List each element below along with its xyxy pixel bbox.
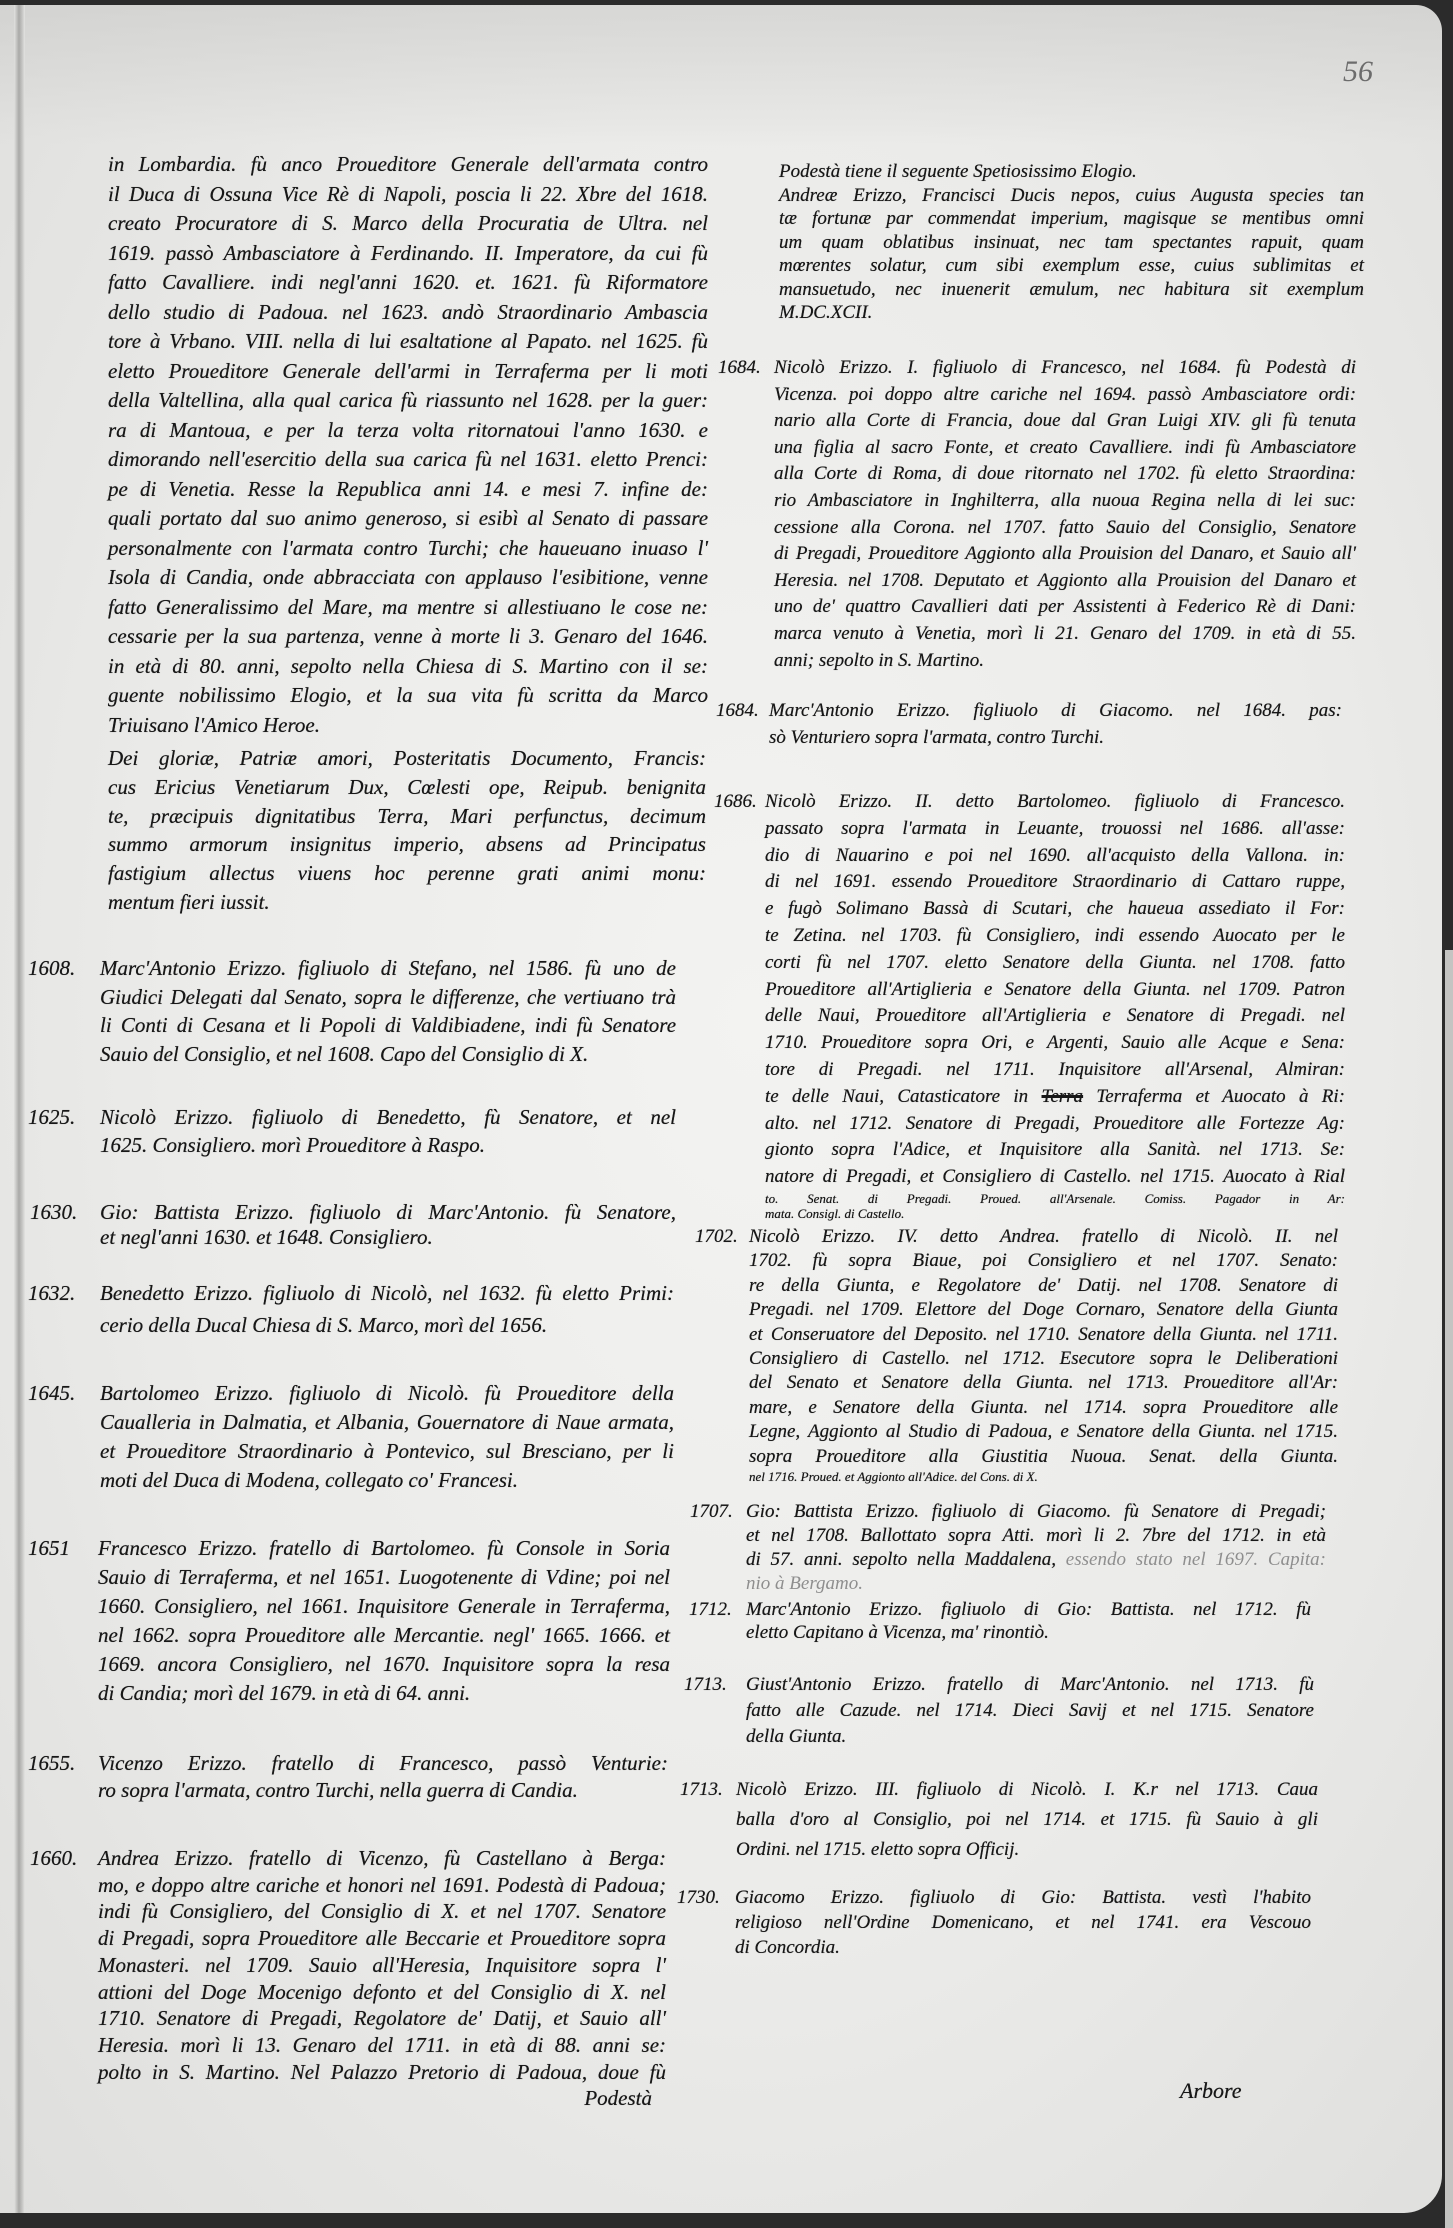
text-line: te, præcipuis dignitatibus Terra, Mari p… [108, 802, 706, 831]
text-line: ro sopra l'armata, contro Turchi, nella … [98, 1777, 668, 1804]
entry-year: 1713. [680, 1775, 723, 1805]
binding-gutter [14, 5, 25, 2213]
text-line: M.DC.XCII. [779, 301, 1364, 325]
text-line: cessarie per la sua partenza, venne à mo… [108, 622, 708, 652]
entry-text: Marc'Antonio Erizzo. figliuolo di Giacom… [769, 697, 1342, 751]
text-line: Nicolò Erizzo. figliuolo di Benedetto, f… [100, 1103, 676, 1131]
text-line: Proueditore all'Artiglieria e Senatore d… [765, 977, 1345, 1004]
text-line: et Conseruatore del Deposito. nel 1710. … [749, 1323, 1338, 1347]
text-line: e fugò Solimano Bassà di Scutari, che ha… [765, 896, 1345, 923]
text-line: et Proueditore Straordinario à Pontevico… [100, 1437, 674, 1466]
entry-text: Francesco Erizzo. fratello di Bartolomeo… [98, 1534, 670, 1708]
text-line: cus Ericius Venetiarum Dux, Cœlesti ope,… [108, 773, 706, 802]
text-segment: te delle Naui, Catasticatore in [765, 1086, 1042, 1107]
text-line: Nicolò Erizzo. II. detto Bartolomeo. fig… [765, 789, 1345, 816]
text-line: Nicolò Erizzo. III. figliuolo di Nicolò.… [736, 1775, 1318, 1805]
faint-ink-text: essendo stato nel 1697. Capita: [1066, 1549, 1326, 1570]
text-line: marca venuto à Venetia, morì li 21. Gena… [774, 621, 1356, 648]
text-line: di Candia; morì del 1679. in età di 64. … [98, 1679, 670, 1708]
epitaph-text: Dei gloriæ, Patriæ amori, Posteritatis D… [108, 744, 706, 917]
entry-text: Benedetto Erizzo. figliuolo di Nicolò, n… [100, 1277, 674, 1341]
text-line: moti del Duca di Modena, collegato co' F… [100, 1466, 674, 1495]
text-line: nio à Bergamo. [746, 1572, 1326, 1596]
text-line: in età di 80. anni, sepolto nella Chiesa… [108, 652, 708, 682]
catchword: Arbore [1180, 2078, 1242, 2104]
text-line: to. Senat. di Pregadi. Proued. all'Arsen… [765, 1191, 1345, 1206]
text-line: rio Ambasciatore in Inghilterra, alla nu… [774, 488, 1356, 515]
text-line: dello studio di Padoua. nel 1623. andò S… [108, 298, 708, 328]
text-line: ra di Mantoua, e per la terza volta rito… [108, 416, 708, 446]
entry-text: Gio: Battista Erizzo. figliuolo di Marc'… [100, 1200, 676, 1250]
text-line: Caualleria in Dalmatia, et Albania, Goue… [100, 1408, 674, 1437]
entry-text: Nicolò Erizzo. figliuolo di Benedetto, f… [100, 1103, 676, 1159]
text-line: tore à Vrbano. VIII. nella di lui esalta… [108, 327, 708, 357]
text-line: Benedetto Erizzo. figliuolo di Nicolò, n… [100, 1277, 674, 1309]
text-line: 1660. Consigliero, nel 1661. Inquisitore… [98, 1592, 670, 1621]
text-line: Nicolò Erizzo. I. figliuolo di Francesco… [774, 355, 1356, 382]
text-line: Marc'Antonio Erizzo. figliuolo di Gio: B… [746, 1598, 1311, 1621]
entry-year: 1713. [684, 1672, 727, 1698]
text-line: eletto Proueditore Generale dell'armi in… [108, 357, 708, 387]
text-line: Sauio del Consiglio, et nel 1608. Capo d… [100, 1040, 676, 1069]
manuscript-page: 56 in Lombardia. fù anco Proueditore Gen… [0, 5, 1442, 2213]
folio-number: 56 [1343, 55, 1373, 89]
text-line: 1619. passò Ambasciatore à Ferdinando. I… [108, 239, 708, 269]
text-line: religioso nell'Ordine Domenicano, et nel… [735, 1910, 1311, 1935]
text-segment: mata. Consigl. di Castello. [765, 1206, 904, 1221]
text-line: indi fù Consigliero, del Consiglio di X.… [98, 1898, 666, 1925]
text-line: corti fù nel 1707. eletto Senatore della… [765, 950, 1345, 977]
text-line: guente nobilissimo Elogio, et la sua vit… [108, 681, 708, 711]
text-line: li Conti di Cesana et li Popoli di Valdi… [100, 1011, 676, 1040]
text-line: nel 1716. Proued. et Aggionto all'Adice.… [749, 1469, 1338, 1484]
entry-year: 1730. [677, 1885, 720, 1910]
entry-text: Bartolomeo Erizzo. figliuolo di Nicolò. … [100, 1379, 674, 1495]
text-line: nario alla Corte di Francia, doue dal Gr… [774, 408, 1356, 435]
entry-year: 1684. [716, 697, 759, 724]
text-line: Podestà [98, 2085, 666, 2112]
entry-text: Andrea Erizzo. fratello di Vicenzo, fù C… [98, 1845, 666, 2112]
text-line: balla d'oro al Consiglio, poi nel 1714. … [736, 1805, 1318, 1835]
entry-year: 1630. [30, 1200, 77, 1225]
entry-year: 1686. [714, 789, 757, 816]
text-line: Nicolò Erizzo. IV. detto Andrea. fratell… [749, 1225, 1338, 1249]
text-line: attioni del Doge Mocenigo defonto et del… [98, 1979, 666, 2006]
entry-text: Marc'Antonio Erizzo. figliuolo di Stefan… [100, 954, 676, 1068]
text-line: delle Naui, Proueditore all'Artiglieria … [765, 1003, 1345, 1030]
text-line: 1669. ancora Consigliero, nel 1670. Inqu… [98, 1650, 670, 1679]
text-line: fatto Generalissimo del Mare, ma mentre … [108, 593, 708, 623]
text-line: re della Giunta, e Regolatore de' Datij.… [749, 1274, 1338, 1298]
faint-ink-text: nio à Bergamo. [746, 1573, 863, 1594]
text-line: personalmente con l'armata contro Turchi… [108, 534, 708, 564]
text-line: Sauio di Terraferma, et nel 1651. Luogot… [98, 1563, 670, 1592]
text-line: mo, e doppo altre cariche et honori nel … [98, 1872, 666, 1899]
text-line: mare, e Senatore della Giunta. nel 1714.… [749, 1396, 1338, 1420]
text-line: te delle Naui, Catasticatore in Terra Te… [765, 1084, 1345, 1111]
text-line: mentum fieri iussit. [108, 888, 706, 917]
biography-text: in Lombardia. fù anco Proueditore Genera… [108, 150, 708, 740]
entry-text: Giust'Antonio Erizzo. fratello di Marc'A… [746, 1672, 1314, 1750]
text-line: dimorando nell'esercitio della sua caric… [108, 445, 708, 475]
text-line: Legne, Aggionto al Studio di Padoua, e S… [749, 1420, 1338, 1444]
text-line: Francesco Erizzo. fratello di Bartolomeo… [98, 1534, 670, 1563]
background-edge [1445, 950, 1453, 2228]
text-line: natore di Pregadi, et Consigliero di Cas… [765, 1164, 1345, 1191]
text-line: mœrentes solatur, cum sibi exemplum esse… [779, 254, 1364, 278]
entry-year: 1632. [28, 1277, 75, 1309]
text-line: et nel 1708. Ballottato sopra Atti. morì… [746, 1524, 1326, 1548]
entry-year: 1660. [30, 1845, 77, 1872]
text-line: 1702. fù sopra Biaue, poi Consigliero et… [749, 1249, 1338, 1273]
text-segment: di 57. anni. sepolto nella Maddalena, [746, 1549, 1066, 1570]
text-line: una figlia al sacro Fonte, et creato Cav… [774, 435, 1356, 462]
text-line: di Pregadi, Proueditore Aggionto alla Pr… [774, 541, 1356, 568]
text-segment: to. Senat. di Pregadi. Proued. all'Arsen… [765, 1191, 1345, 1206]
text-line: summo armorum insignitus imperio, absens… [108, 830, 706, 859]
text-line: anni; sepolto in S. Martino. [774, 648, 1356, 675]
text-line: pe di Venetia. Resse la Republica anni 1… [108, 475, 708, 505]
text-line: quali portato dal suo animo generoso, si… [108, 504, 708, 534]
text-line: Pregadi. nel 1709. Elettore del Doge Cor… [749, 1298, 1338, 1322]
entry-year: 1707. [690, 1500, 733, 1524]
text-line: Ordini. nel 1715. eletto sopra Officij. [736, 1835, 1318, 1865]
text-line: 1625. Consigliero. morì Proueditore à Ra… [100, 1131, 676, 1159]
text-line: di Pregadi, sopra Proueditore alle Becca… [98, 1925, 666, 1952]
text-line: cerio della Ducal Chiesa di S. Marco, mo… [100, 1309, 674, 1341]
text-line: mata. Consigl. di Castello. [765, 1206, 1345, 1221]
text-line: Bartolomeo Erizzo. figliuolo di Nicolò. … [100, 1379, 674, 1408]
text-line: del Senato et Senatore della Giunta. nel… [749, 1371, 1338, 1395]
text-line: 1710. Proueditore sopra Ori, e Argenti, … [765, 1030, 1345, 1057]
text-line: Consigliero di Castello. nel 1712. Esecu… [749, 1347, 1338, 1371]
text-line: Heresia. nel 1708. Deputato et Aggionto … [774, 568, 1356, 595]
entry-text: Marc'Antonio Erizzo. figliuolo di Gio: B… [746, 1598, 1311, 1644]
text-line: di Concordia. [735, 1935, 1311, 1960]
text-line: Isola di Candia, onde abbracciata con ap… [108, 563, 708, 593]
entry-text: Nicolò Erizzo. IV. detto Andrea. fratell… [749, 1225, 1338, 1484]
text-line: um quam oblatibus insinuat, nec tam spec… [779, 231, 1364, 255]
text-line: Monasteri. nel 1709. Sauio all'Heresia, … [98, 1952, 666, 1979]
text-line: mansuetudo, nec inuenerit æmulum, nec ha… [779, 278, 1364, 302]
text-line: Marc'Antonio Erizzo. figliuolo di Stefan… [100, 954, 676, 983]
entry-text: Nicolò Erizzo. I. figliuolo di Francesco… [774, 355, 1356, 674]
text-line: eletto Capitano à Vicenza, ma' rinontiò. [746, 1621, 1311, 1644]
entry-year: 1655. [28, 1750, 75, 1777]
entry-year: 1712. [689, 1598, 732, 1621]
text-line: Dei gloriæ, Patriæ amori, Posteritatis D… [108, 744, 706, 773]
text-line: Vicenza. poi doppo altre cariche nel 169… [774, 382, 1356, 409]
text-line: Andrea Erizzo. fratello di Vicenzo, fù C… [98, 1845, 666, 1872]
entry-year: 1702. [695, 1225, 738, 1249]
text-line: tæ fortunæ par commendat imperium, magis… [779, 207, 1364, 231]
text-line: di nel 1691. essendo Proueditore Straord… [765, 869, 1345, 896]
text-segment: Terraferma et Auocato à Ri: [1083, 1086, 1345, 1107]
text-line: Marc'Antonio Erizzo. figliuolo di Giacom… [769, 697, 1342, 724]
entry-year: 1608. [28, 954, 75, 983]
entry-text: Nicolò Erizzo. II. detto Bartolomeo. fig… [765, 789, 1345, 1221]
text-line: creato Procuratore di S. Marco della Pro… [108, 209, 708, 239]
text-line: et negl'anni 1630. et 1648. Consigliero. [100, 1225, 676, 1250]
text-line: fatto alle Cazude. nel 1714. Dieci Savij… [746, 1698, 1314, 1724]
entry-year: 1625. [28, 1103, 75, 1131]
struck-text: Terra [1042, 1086, 1084, 1107]
text-line: dio di Nauarino e poi nel 1690. all'acqu… [765, 843, 1345, 870]
entry-year: 1651 [28, 1534, 70, 1563]
text-line: della Giunta. [746, 1724, 1314, 1750]
text-line: alto. nel 1712. Senatore di Pregadi, Pro… [765, 1111, 1345, 1138]
text-line: Giust'Antonio Erizzo. fratello di Marc'A… [746, 1672, 1314, 1698]
elogio-text: Andreæ Erizzo, Francisci Ducis nepos, cu… [779, 184, 1364, 325]
text-line: Heresia. morì li 13. Genaro del 1711. in… [98, 2032, 666, 2059]
entry-year: 1684. [718, 355, 761, 382]
text-line: Andreæ Erizzo, Francisci Ducis nepos, cu… [779, 184, 1364, 208]
text-line: Podestà tiene il seguente Spetiosissimo … [779, 160, 1364, 184]
text-line: fatto Cavalliere. indi negl'anni 1620. e… [108, 268, 708, 298]
entry-text: Giacomo Erizzo. figliuolo di Gio: Battis… [735, 1885, 1311, 1960]
entry-text: Vicenzo Erizzo. fratello di Francesco, p… [98, 1750, 668, 1804]
text-line: cessione alla Corona. nel 1707. fatto Sa… [774, 515, 1356, 542]
text-line: sopra Proueditore alla Giustitia Nuoua. … [749, 1445, 1338, 1469]
text-line: Gio: Battista Erizzo. figliuolo di Giaco… [746, 1500, 1326, 1524]
text-line: polto in S. Martino. Nel Palazzo Pretori… [98, 2059, 666, 2086]
text-line: Giudici Delegati dal Senato, sopra le di… [100, 983, 676, 1012]
text-line: te Zetina. nel 1703. fù Consigliero, ind… [765, 923, 1345, 950]
text-line: della Valtellina, alla qual carica fù ri… [108, 386, 708, 416]
elogio-intro-text: Podestà tiene il seguente Spetiosissimo … [779, 160, 1364, 184]
entry-year: 1645. [28, 1379, 75, 1408]
text-line: Vicenzo Erizzo. fratello di Francesco, p… [98, 1750, 668, 1777]
text-line: di 57. anni. sepolto nella Maddalena, es… [746, 1548, 1326, 1572]
text-line: 1710. Senatore di Pregadi, Regolatore de… [98, 2005, 666, 2032]
text-line: uno de' quattro Cavallieri dati per Assi… [774, 594, 1356, 621]
text-line: alla Corte di Roma, di doue ritornato ne… [774, 461, 1356, 488]
entry-text: Nicolò Erizzo. III. figliuolo di Nicolò.… [736, 1775, 1318, 1865]
text-line: passato sopra l'armata in Leuante, trouo… [765, 816, 1345, 843]
text-segment: nel 1716. Proued. et Aggionto all'Adice.… [749, 1469, 1038, 1484]
text-line: Triuisano l'Amico Heroe. [108, 711, 708, 741]
text-line: tore di Pregadi. nel 1711. Inquisitore a… [765, 1057, 1345, 1084]
text-line: fastigium allectus viuens hoc perenne gr… [108, 859, 706, 888]
text-line: in Lombardia. fù anco Proueditore Genera… [108, 150, 708, 180]
text-line: gionto sopra l'Adice, et Inquisitore all… [765, 1137, 1345, 1164]
text-line: Gio: Battista Erizzo. figliuolo di Marc'… [100, 1200, 676, 1225]
text-line: sò Venturiero sopra l'armata, contro Tur… [769, 724, 1342, 751]
text-line: il Duca di Ossuna Vice Rè di Napoli, pos… [108, 180, 708, 210]
text-line: nel 1662. sopra Proueditore alle Mercant… [98, 1621, 670, 1650]
entry-text: Gio: Battista Erizzo. figliuolo di Giaco… [746, 1500, 1326, 1596]
text-line: Giacomo Erizzo. figliuolo di Gio: Battis… [735, 1885, 1311, 1910]
